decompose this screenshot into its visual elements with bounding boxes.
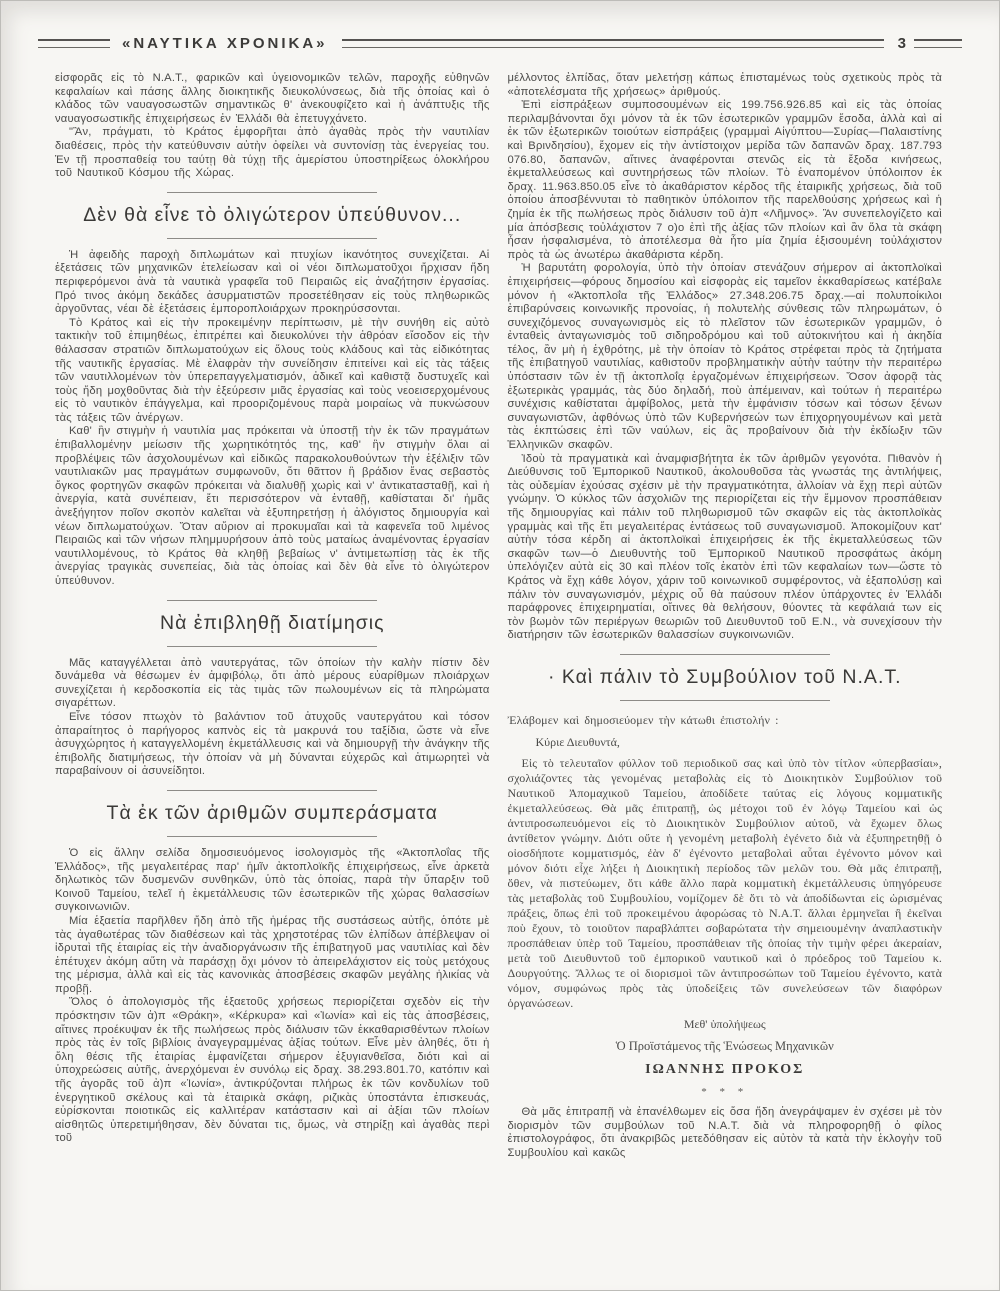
letter-to-editor: Ἐλάβομεν καὶ δημοσιεύομεν τὴν κάτωθι ἐπι… — [508, 713, 943, 1098]
letter-signer-title: Ὁ Προϊστάμενος τῆς Ἑνώσεως Μηχανικῶν — [508, 1039, 943, 1054]
article-paragraph: μέλλοντος ἐλπίδας, ὅταν μελετήσῃ κάπως ἐ… — [508, 72, 943, 99]
section-divider — [620, 700, 830, 701]
section-divider — [167, 192, 377, 193]
masthead-rule-right — [914, 39, 962, 48]
letter-intro: Ἐλάβομεν καὶ δημοσιεύομεν τὴν κάτωθι ἐπι… — [508, 713, 943, 728]
masthead-rule-center — [342, 39, 884, 48]
section-divider — [167, 600, 377, 601]
article-paragraph: Ἰδοὺ τὰ πραγματικὰ καὶ ἀναμφισβήτητα ἐκ … — [508, 453, 943, 643]
section-heading-nat-council: · Καὶ πάλιν τὸ Συμβούλιον τοῦ Ν.Α.Τ. — [508, 665, 943, 689]
article-paragraph: Ὁ εἰς ἄλλην σελίδα δημοσιευόμενος ἰσολογ… — [55, 847, 490, 915]
article-paragraph: Ἡ βαρυτάτη φορολογία, ὑπὸ τὴν ὁποίαν στε… — [508, 262, 943, 452]
article-paragraph: Ὅλος ὁ ἀπολογισμὸς τῆς ἐξαετοῦς χρήσεως … — [55, 996, 490, 1146]
section-heading-responsibility: Δὲν θὰ εἶνε τὸ ὀλιγώτερον ὑπεύθυνον... — [55, 203, 490, 227]
article-paragraph: Εἶνε τόσον πτωχὸν τὸ βαλάντιον τοῦ ἀτυχο… — [55, 711, 490, 779]
masthead: «ΝΑΥΤΙΚΑ ΧΡΟΝΙΚΑ» 3 — [0, 0, 1000, 56]
article-paragraph: "Ἂν, πράγματι, τὸ Κράτος ἐμφορῆται ἀπὸ ἀ… — [55, 126, 490, 180]
page-number: 3 — [884, 35, 914, 52]
article-paragraph: Τὸ Κράτος καὶ εἰς τὴν προκειμένην περίπτ… — [55, 317, 490, 426]
article-paragraph: Θὰ μᾶς ἐπιτραπῇ νὰ ἐπανέλθωμεν εἰς ὅσα ἤ… — [508, 1106, 943, 1160]
article-paragraph: Μᾶς καταγγέλλεται ἀπὸ ναυτεργάτας, τῶν ὁ… — [55, 657, 490, 711]
publication-title: «ΝΑΥΤΙΚΑ ΧΡΟΝΙΚΑ» — [110, 35, 342, 52]
article-paragraph: Μία ἑξαετία παρῆλθεν ἤδη ἀπὸ τῆς ἡμέρας … — [55, 915, 490, 997]
article-paragraph: Ἡ ἀφειδὴς παροχὴ διπλωμάτων καὶ πτυχίων … — [55, 249, 490, 317]
section-divider — [167, 238, 377, 239]
right-column: μέλλοντος ἐλπίδας, ὅταν μελετήσῃ κάπως ἐ… — [508, 72, 943, 1160]
letter-signer-name: ΙΩΑΝΝΗΣ ΠΡΟΚΟΣ — [508, 1062, 943, 1078]
article-paragraph: Ἐπὶ εἰσπράξεων συμποσουμένων εἰς 199.756… — [508, 99, 943, 262]
article-paragraph: Καθ' ἣν στιγμὴν ἡ ναυτιλία μας πρόκειται… — [55, 425, 490, 588]
section-divider — [167, 790, 377, 791]
newspaper-page: «ΝΑΥΤΙΚΑ ΧΡΟΝΙΚΑ» 3 εἰσφορᾶς εἰς τὸ Ν.Α.… — [0, 0, 1000, 1291]
article-paragraph: εἰσφορᾶς εἰς τὸ Ν.Α.Τ., φαρικῶν καὶ ὑγει… — [55, 72, 490, 126]
section-divider — [167, 836, 377, 837]
section-heading-price-control: Νὰ ἐπιβληθῇ διατίμησις — [55, 611, 490, 635]
section-divider — [167, 646, 377, 647]
article-columns: εἰσφορᾶς εἰς τὸ Ν.Α.Τ., φαρικῶν καὶ ὑγει… — [0, 56, 1000, 1160]
masthead-rule-left — [38, 39, 110, 48]
left-column: εἰσφορᾶς εἰς τὸ Ν.Α.Τ., φαρικῶν καὶ ὑγει… — [55, 72, 490, 1160]
letter-salutation: Κύριε Διευθυντά, — [508, 735, 943, 750]
letter-body: Εἰς τὸ τελευταῖον φύλλον τοῦ περιοδικοῦ … — [508, 756, 943, 1011]
letter-closing: Μεθ' ὑπολήψεως — [508, 1017, 943, 1032]
section-heading-conclusions: Τὰ ἐκ τῶν ἀριθμῶν συμπεράσματα — [55, 801, 490, 825]
letter-separator-stars: * * * — [508, 1086, 943, 1098]
section-divider — [620, 654, 830, 655]
